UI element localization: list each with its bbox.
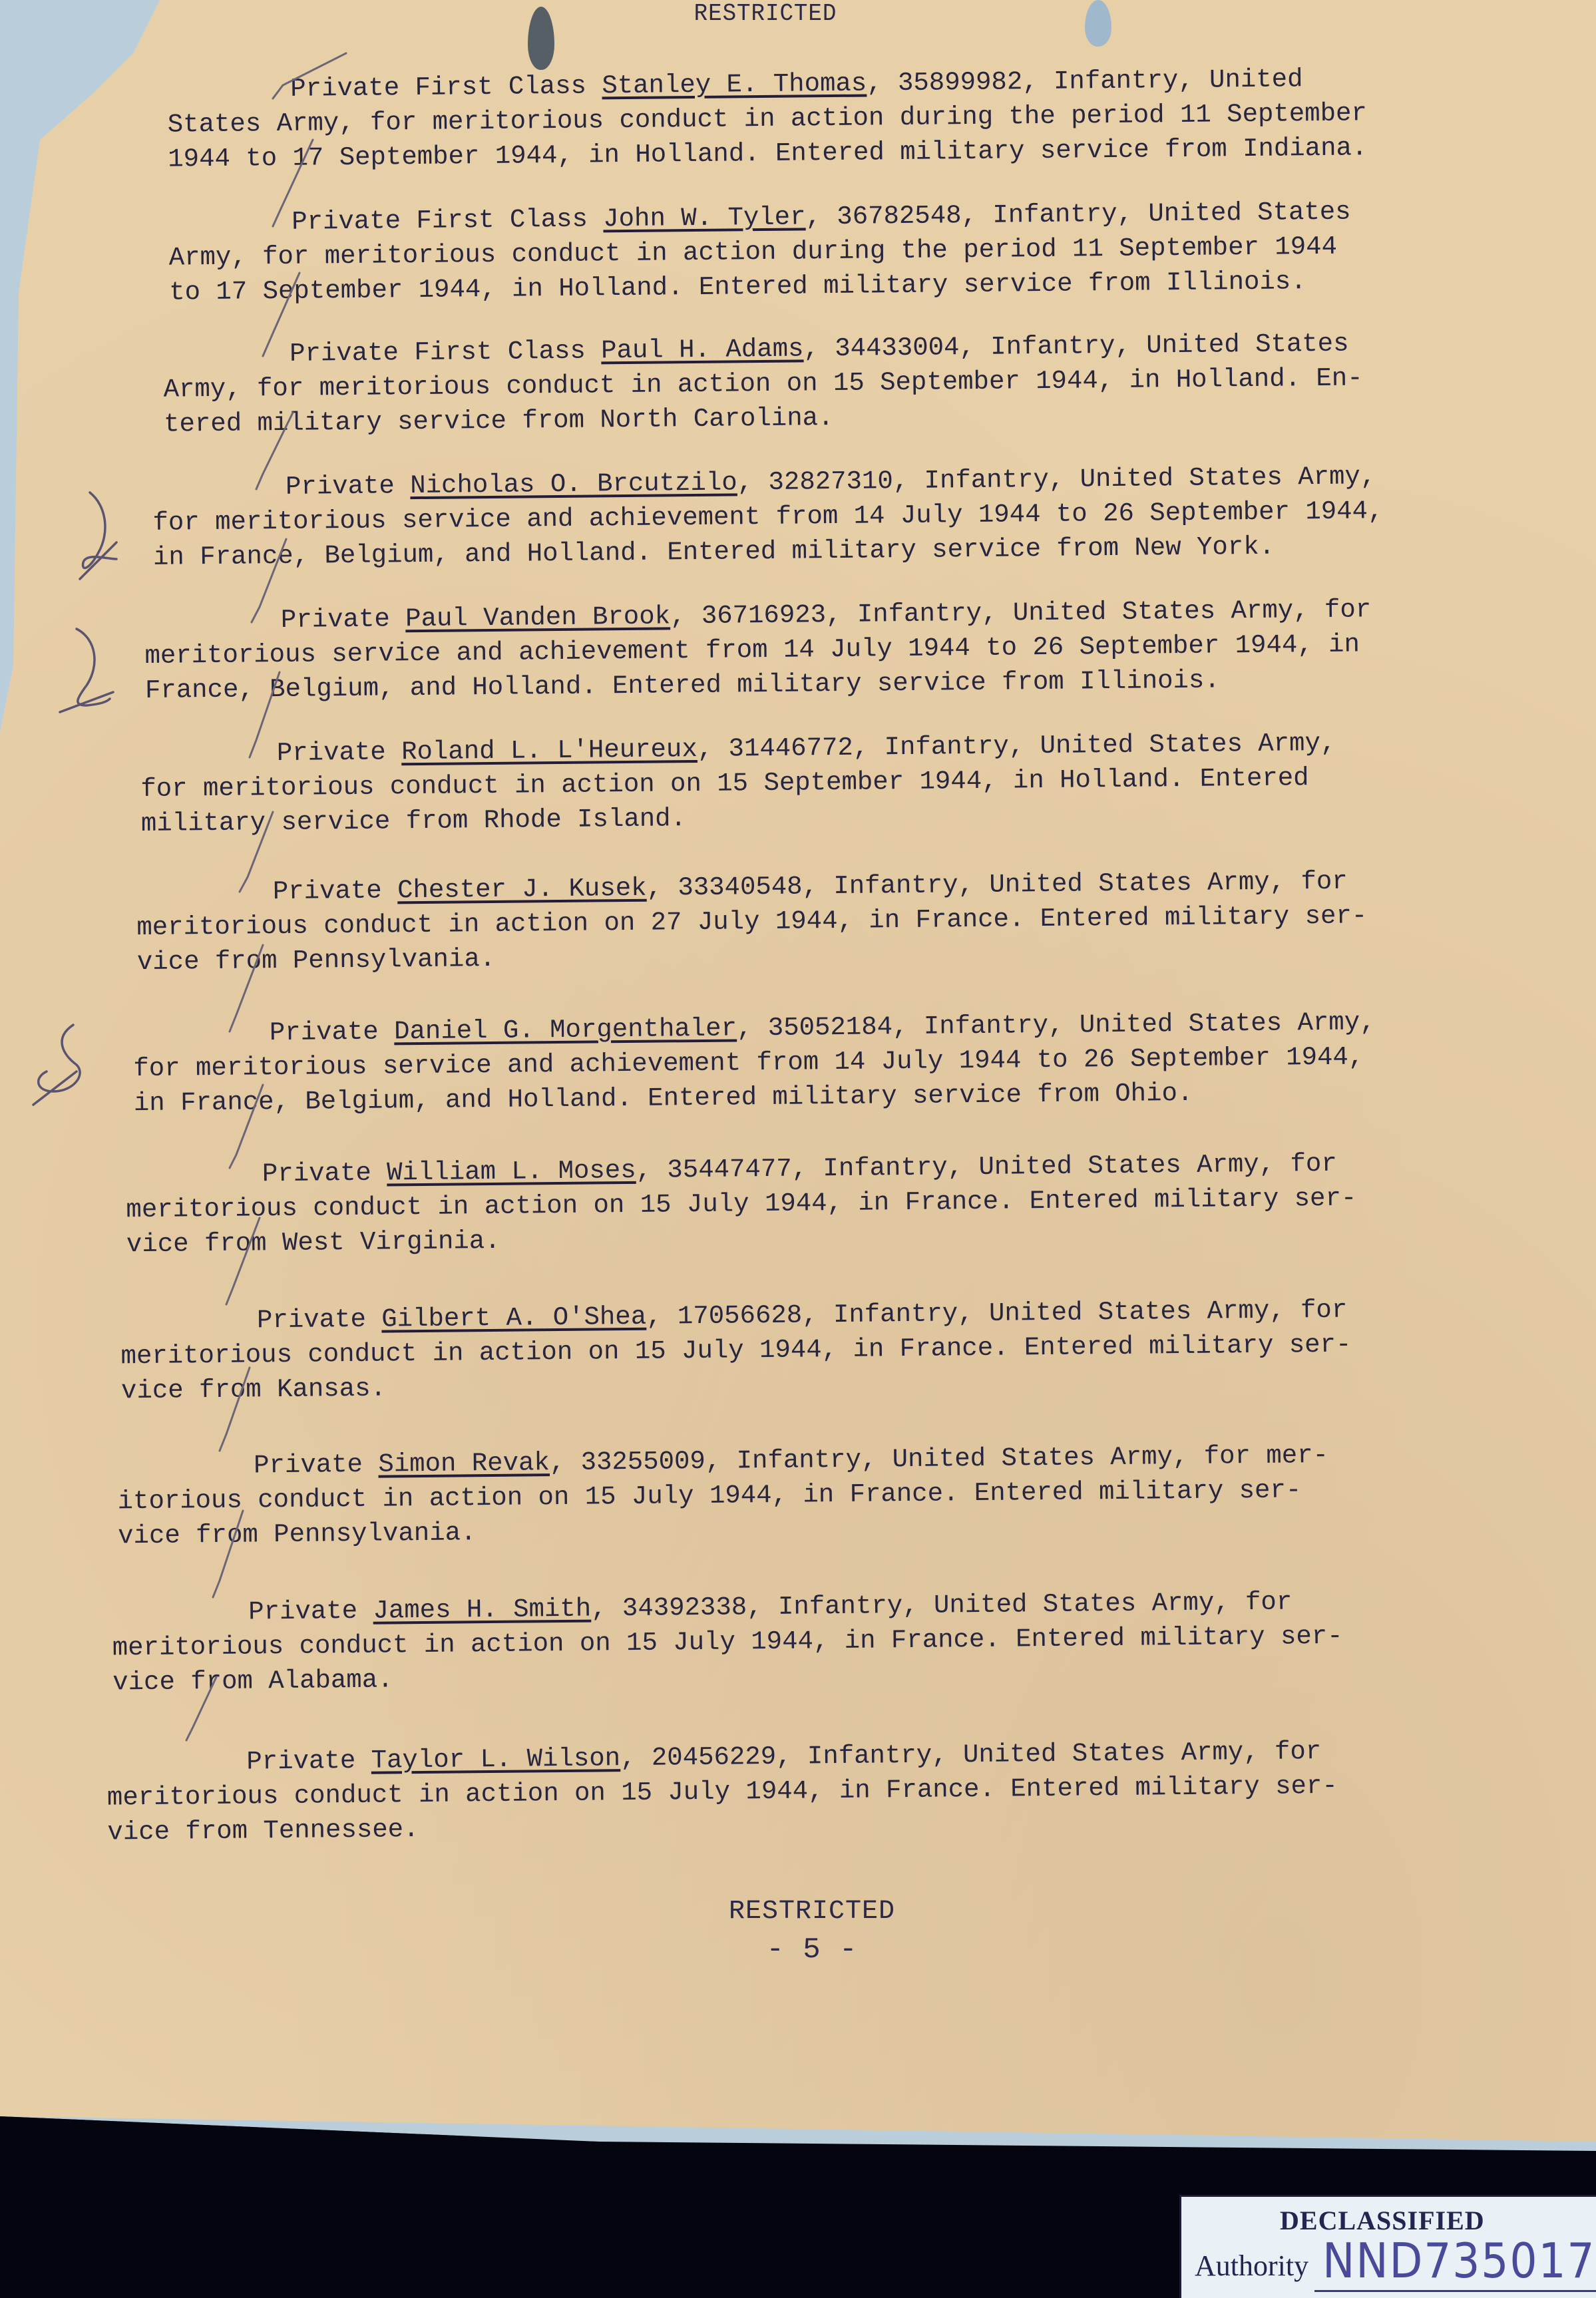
check-mark-icon [220, 1368, 250, 1451]
check-mark-icon [213, 1511, 243, 1597]
margin-numeral-8-icon [39, 1025, 80, 1091]
check-mark-icon [256, 413, 293, 489]
check-mark-icon [186, 1677, 216, 1740]
check-mark-icon [226, 1218, 260, 1304]
declassified-title: DECLASSIFIED [1280, 2205, 1485, 2236]
margin-numeral-2-icon [77, 629, 110, 705]
authority-underline [1314, 2290, 1596, 2292]
check-mark-icon [263, 273, 299, 356]
check-mark-icon [250, 672, 280, 757]
check-mark-icon [252, 539, 286, 622]
check-mark-icon [240, 812, 273, 892]
authority-value: NND735017 [1322, 2233, 1595, 2289]
check-mark-icon [273, 140, 313, 226]
declassified-label: DECLASSIFIED Authority NND735017 [1179, 2195, 1596, 2298]
pencil-check-marks [0, 0, 1596, 2063]
footer-restricted-stamp: RESTRICTED [692, 1897, 932, 1927]
page-number: - 5 - [759, 1933, 865, 1967]
check-mark-icon [230, 945, 263, 1032]
check-mark-icon [230, 1085, 263, 1168]
margin-numeral-2-icon [83, 492, 116, 568]
authority-label: Authority [1195, 2249, 1308, 2283]
check-mark-icon [273, 53, 346, 98]
